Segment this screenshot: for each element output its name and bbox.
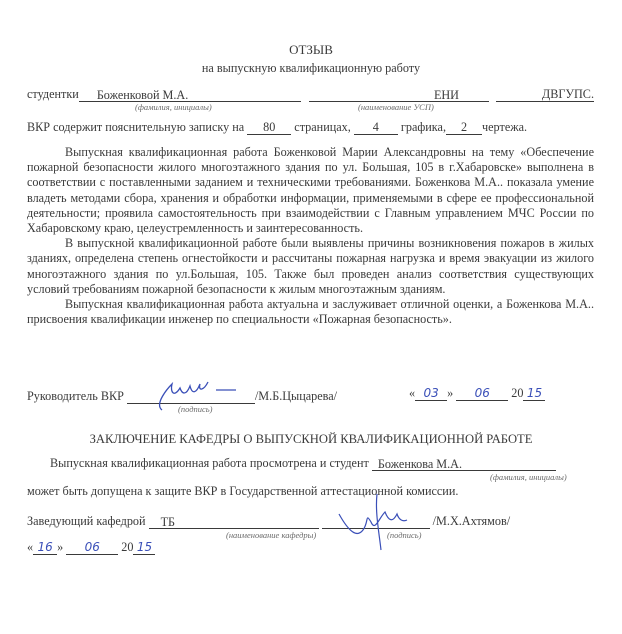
conclusion-heading: ЗАКЛЮЧЕНИЕ КАФЕДРЫ О ВЫПУСКНОЙ КВАЛИФИКА…: [0, 432, 622, 447]
head-date-year-suffix: 15: [133, 540, 155, 555]
supervisor-date-day: 03: [415, 386, 447, 401]
conclusion-line-1: Выпускная квалификационная работа просмо…: [50, 456, 556, 471]
unit-field: ЕНИ: [309, 88, 489, 102]
department-field: ТБ: [149, 515, 319, 529]
contents-prefix: ВКР содержит пояснительную записку на: [27, 120, 244, 134]
supervisor-signature-icon: [150, 378, 260, 414]
head-line: Заведующий кафедрой ТБ /М.Х.Ахтямов/: [27, 514, 510, 529]
supervisor-date: «03» 06 2015: [409, 386, 545, 401]
department-caption: (наименование кафедры): [226, 530, 316, 540]
drawings-label: чертежа.: [482, 120, 527, 134]
head-date: «16» 06 2015: [27, 540, 155, 555]
university-field: ДВГУПС.: [496, 87, 594, 102]
head-name: /М.Х.Ахтямов/: [433, 514, 510, 528]
paragraph-3: Выпускная квалификационная работа актуал…: [27, 297, 594, 327]
head-date-month: 06: [66, 540, 118, 555]
head-date-day: 16: [33, 540, 57, 555]
conclusion-student-name: Боженкова М.А.: [372, 457, 556, 471]
student-name-field: Боженковой М.А.: [79, 88, 301, 102]
paragraph-2: В выпускной квалификационной работе были…: [27, 236, 594, 297]
unit-caption: (наименование УСП): [358, 102, 434, 112]
head-signature-icon: [335, 492, 435, 552]
supervisor-date-month: 06: [456, 386, 508, 401]
student-name-caption: (фамилия, инициалы): [135, 102, 212, 112]
paragraph-1: Выпускная квалификационная работа Боженк…: [27, 145, 594, 236]
supervisor-date-year-suffix: 15: [523, 386, 545, 401]
conclusion-name-caption: (фамилия, инициалы): [490, 472, 567, 482]
contents-line: ВКР содержит пояснительную записку на 80…: [27, 120, 527, 135]
conclusion-prefix: Выпускная квалификационная работа просмо…: [50, 456, 369, 470]
pages-count: 80: [247, 120, 291, 135]
drawings-count: 2: [446, 120, 482, 135]
student-line: студенткиБоженковой М.А.: [27, 87, 301, 102]
head-date-year-prefix: 20: [121, 540, 133, 554]
document-subtitle: на выпускную квалификационную работу: [0, 61, 622, 76]
pages-label: страницах,: [294, 120, 351, 134]
review-body: Выпускная квалификационная работа Боженк…: [27, 145, 594, 327]
graphs-label: графика,: [401, 120, 446, 134]
document-title: ОТЗЫВ: [0, 42, 622, 58]
supervisor-name: /М.Б.Цыцарева/: [255, 389, 337, 403]
student-label: студентки: [27, 87, 79, 101]
supervisor-date-year-prefix: 20: [511, 386, 523, 400]
head-label: Заведующий кафедрой: [27, 514, 146, 528]
supervisor-label: Руководитель ВКР: [27, 389, 124, 403]
graphs-count: 4: [354, 120, 398, 135]
